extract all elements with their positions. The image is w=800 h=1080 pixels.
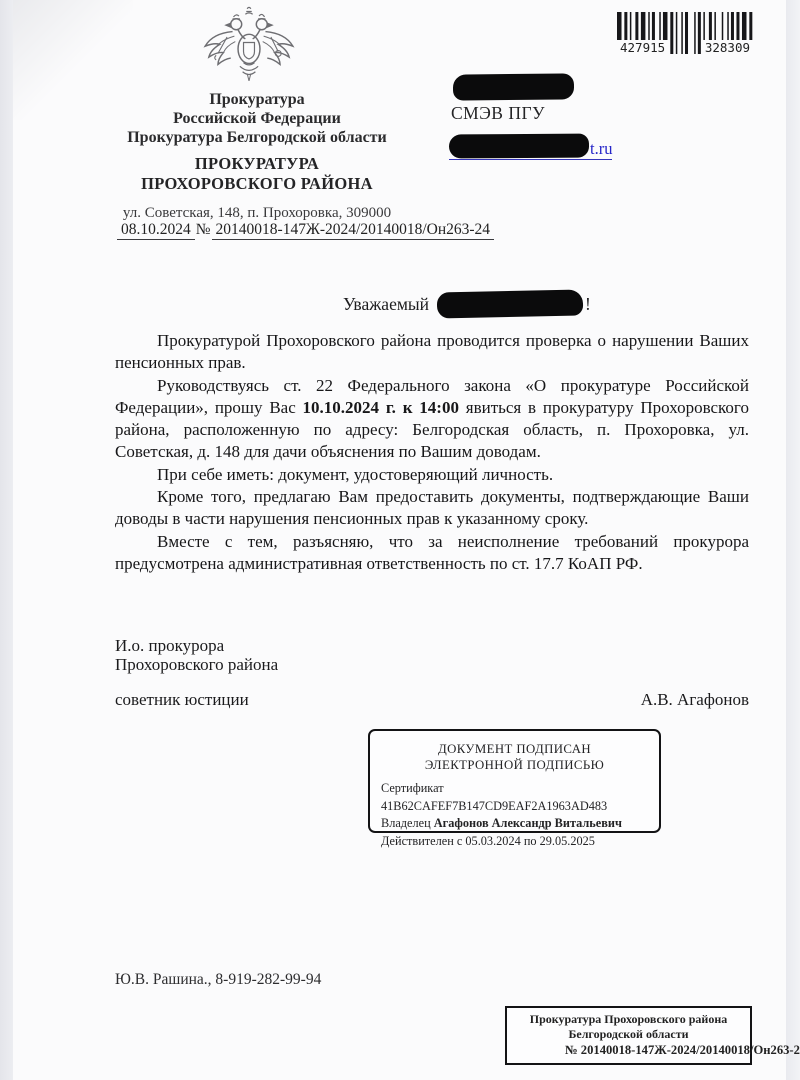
number-sign: № xyxy=(195,221,212,238)
signer-rank: советник юстиции xyxy=(115,691,249,710)
stamp-owner-name: Агафонов Александр Витальевич xyxy=(434,816,622,830)
executor-contact: Ю.В. Рашина., 8-919-282-99-94 xyxy=(115,971,321,989)
signer-position-line-2: Прохоровского района xyxy=(115,656,749,675)
stamp-certificate-line: Сертификат 41B62CAFEF7B147CD9EAF2A1963AD… xyxy=(381,780,659,815)
redaction-email xyxy=(449,134,589,159)
stamp-title-line-2: ЭЛЕКТРОННОЙ ПОДПИСЬЮ xyxy=(370,758,659,774)
org-name-line-2: ПРОХОРОВСКОГО РАЙОНА xyxy=(112,174,402,194)
letter-number: 20140018-147Ж-2024/20140018/Он263-24 xyxy=(212,221,494,240)
letterhead: Прокуратура Российской Федерации Прокура… xyxy=(112,90,402,222)
org-name-block: ПРОКУРАТУРА ПРОХОРОВСКОГО РАЙОНА xyxy=(112,154,402,194)
greeting-suffix: ! xyxy=(585,294,591,315)
signature-block: И.о. прокурора Прохоровского района сове… xyxy=(115,637,749,710)
stamp-details: Сертификат 41B62CAFEF7B147CD9EAF2A1963AD… xyxy=(381,780,659,850)
paragraph-3: При себе иметь: документ, удостоверяющий… xyxy=(115,464,749,486)
paragraph-1: Прокуратурой Прохоровского района провод… xyxy=(115,330,749,375)
signer-name: А.В. Агафонов xyxy=(641,691,749,710)
registration-number: № 20140018-147Ж-2024/20140018/Он263-24 xyxy=(565,1043,745,1058)
stamp-owner-label: Владелец xyxy=(381,816,431,830)
paragraph-4: Кроме того, предлагаю Вам предоставить д… xyxy=(115,486,749,531)
photo-right-edge xyxy=(786,0,800,1080)
letter-body: Прокуратурой Прохоровского района провод… xyxy=(115,330,749,575)
signer-position-line-1: И.о. прокурора xyxy=(115,637,749,656)
paragraph-2: Руководствуясь ст. 22 Федерального закон… xyxy=(115,375,749,464)
org-line-3: Прокуратура Белгородской области xyxy=(112,128,402,147)
barcode: 427915 328309 xyxy=(617,12,753,56)
barcode-right-digits: 328309 xyxy=(702,40,753,55)
letter-date: 08.10.2024 xyxy=(117,221,195,240)
stamp-cert-value: 41B62CAFEF7B147CD9EAF2A1963AD483 xyxy=(381,799,607,813)
barcode-digits: 427915 328309 xyxy=(617,40,753,55)
barcode-left-digits: 427915 xyxy=(617,40,668,55)
date-number-line: 08.10.2024№20140018-147Ж-2024/20140018/О… xyxy=(117,221,494,239)
stamp-validity-line: Действителен с 05.03.2024 по 29.05.2025 xyxy=(381,833,659,851)
paragraph-5: Вместе с тем, разъясняю, что за неисполн… xyxy=(115,531,749,576)
greeting-prefix: Уважаемый xyxy=(343,294,429,315)
photo-left-edge xyxy=(0,0,13,1080)
recipient-email-line: t.ru xyxy=(449,134,612,160)
org-line-1: Прокуратура xyxy=(112,90,402,109)
electronic-signature-stamp: ДОКУМЕНТ ПОДПИСАН ЭЛЕКТРОННОЙ ПОДПИСЬЮ С… xyxy=(368,729,661,833)
redaction-greeting-name xyxy=(437,289,584,318)
org-line-2: Российской Федерации xyxy=(112,109,402,128)
signer-rank-row: советник юстиции А.В. Агафонов xyxy=(115,691,749,710)
russian-eagle-emblem-icon xyxy=(193,6,305,90)
delivery-channel: СМЭВ ПГУ xyxy=(451,103,545,124)
registration-org: Прокуратура Прохоровского района Белгоро… xyxy=(512,1012,745,1041)
email-visible-suffix: t.ru xyxy=(590,140,612,158)
redaction-recipient-name xyxy=(453,73,574,100)
stamp-cert-label: Сертификат xyxy=(381,781,444,795)
stamp-owner-line: Владелец Агафонов Александр Витальевич xyxy=(381,815,659,833)
org-address: ул. Советская, 148, п. Прохоровка, 30900… xyxy=(112,205,402,222)
org-name-line-1: ПРОКУРАТУРА xyxy=(112,154,402,174)
registration-box: Прокуратура Прохоровского района Белгоро… xyxy=(505,1006,752,1065)
stamp-title-line-1: ДОКУМЕНТ ПОДПИСАН xyxy=(370,742,659,758)
paragraph-2-bold-date: 10.10.2024 г. к 14:00 xyxy=(303,398,459,417)
greeting-line: Уважаемый ! xyxy=(343,291,591,317)
scanned-letter-page: Прокуратура Российской Федерации Прокура… xyxy=(0,0,800,1080)
